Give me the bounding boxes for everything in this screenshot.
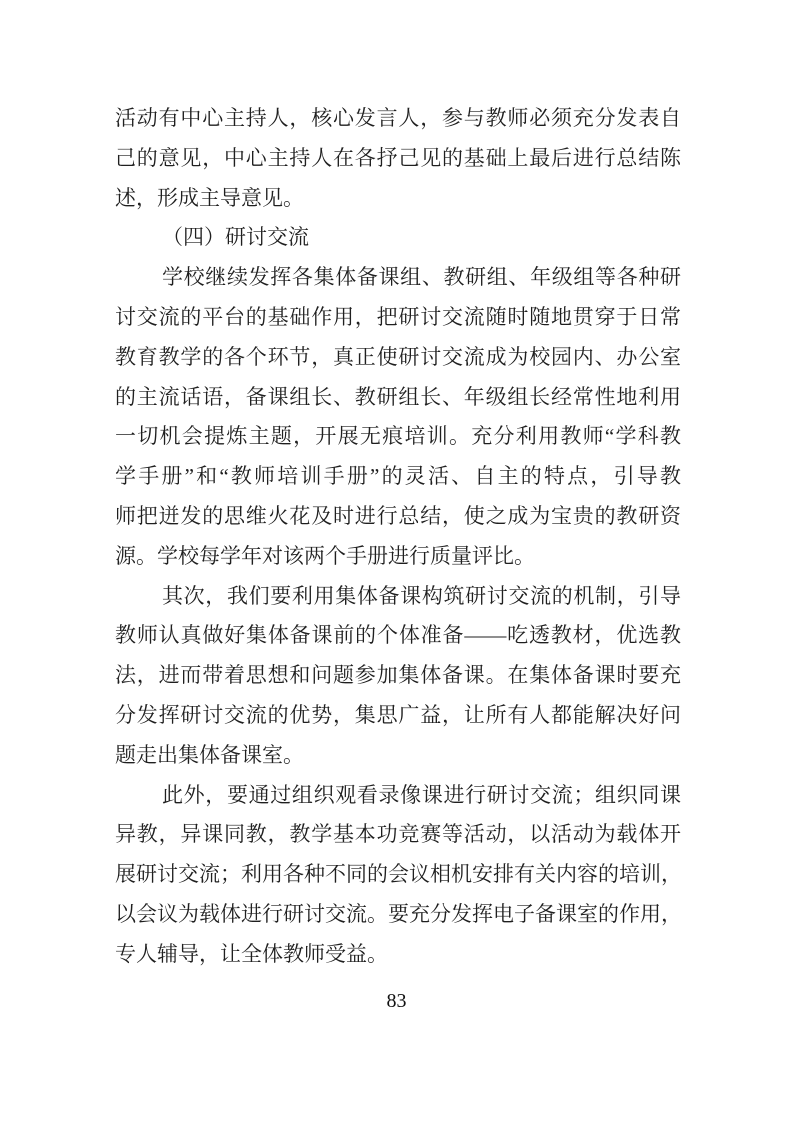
text-line: 题走出集体备课室。 [115,736,681,776]
document-page: 活动有中心主持人，核心发言人，参与教师必须充分发表自 己的意见，中心主持人在各抒… [0,0,793,1122]
text-line: 其次，我们要利用集体备课构筑研讨交流的机制，引导 [115,577,681,617]
text-line: 的主流话语，备课组长、教研组长、年级组长经常性地利用 [115,378,681,418]
text-line: 学手册”和“教师培训手册”的灵活、自主的特点，引导教 [115,457,681,497]
text-line: 源。学校每学年对该两个手册进行质量评比。 [115,537,681,577]
paragraph: 此外，要通过组织观看录像课进行研讨交流；组织同课 异教，异课同教，教学基本功竞赛… [115,776,681,975]
text-line: 以会议为载体进行研讨交流。要充分发挥电子备课室的作用， [115,895,681,935]
page-number: 83 [0,988,793,1014]
paragraph: 其次，我们要利用集体备课构筑研讨交流的机制，引导 教师认真做好集体备课前的个体准… [115,577,681,776]
text-line: 专人辅导，让全体教师受益。 [115,935,681,975]
text-line: 活动有中心主持人，核心发言人，参与教师必须充分发表自 [115,99,681,139]
document-body: 活动有中心主持人，核心发言人，参与教师必须充分发表自 己的意见，中心主持人在各抒… [115,99,681,975]
text-line: 教育教学的各个环节，真正使研讨交流成为校园内、办公室 [115,338,681,378]
text-line: 异教，异课同教，教学基本功竞赛等活动，以活动为载体开 [115,815,681,855]
text-line: 讨交流的平台的基础作用，把研讨交流随时随地贯穿于日常 [115,298,681,338]
text-line: 分发挥研讨交流的优势，集思广益，让所有人都能解决好问 [115,696,681,736]
text-line: 展研讨交流；利用各种不同的会议相机安排有关内容的培训， [115,855,681,895]
paragraph-continuation: 活动有中心主持人，核心发言人，参与教师必须充分发表自 己的意见，中心主持人在各抒… [115,99,681,218]
text-line: 教师认真做好集体备课前的个体准备——吃透教材，优选教 [115,616,681,656]
text-line: 学校继续发挥各集体备课组、教研组、年级组等各种研 [115,258,681,298]
section-heading: （四）研讨交流 [115,218,681,258]
text-line: 一切机会提炼主题，开展无痕培训。充分利用教师“学科教 [115,417,681,457]
text-line: 己的意见，中心主持人在各抒己见的基础上最后进行总结陈 [115,139,681,179]
text-line: 述，形成主导意见。 [115,179,681,219]
text-line: 法，进而带着思想和问题参加集体备课。在集体备课时要充 [115,656,681,696]
text-line: 此外，要通过组织观看录像课进行研讨交流；组织同课 [115,776,681,816]
paragraph: 学校继续发挥各集体备课组、教研组、年级组等各种研 讨交流的平台的基础作用，把研讨… [115,258,681,576]
text-line: 师把迸发的思维火花及时进行总结，使之成为宝贵的教研资 [115,497,681,537]
